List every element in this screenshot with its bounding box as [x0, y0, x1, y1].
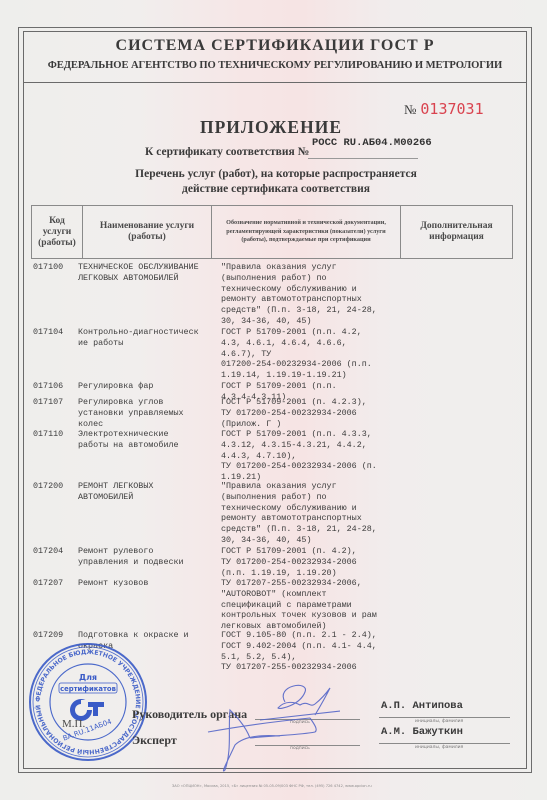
header-code: Код услуги (работы): [32, 206, 83, 259]
head-name-line: [379, 717, 510, 718]
certificate-number: РОСС RU.АБ04.М00266: [312, 137, 432, 149]
serial-number: №0137031: [404, 100, 484, 118]
row-doc: ТУ 017207-255-00232934-2006, "AUTOROBOT"…: [221, 578, 421, 632]
list-title: Перечень услуг (работ), на которые распр…: [100, 167, 452, 197]
row-code: 017104: [33, 327, 63, 338]
header-name: Наименование услуги (работы): [83, 206, 212, 259]
row-code: 017110: [33, 429, 63, 440]
appendix-title: ПРИЛОЖЕНИЕ: [200, 117, 342, 138]
certificate-underline: [308, 158, 418, 159]
services-table-header: Код услуги (работы) Наименование услуги …: [31, 205, 513, 259]
row-doc: ГОСТ Р 51709-2001 (п.п. 4.2, 4.3, 4.6.1,…: [221, 327, 421, 381]
head-signature-icon: [278, 685, 330, 715]
row-doc: "Правила оказания услуг (выполнения рабо…: [221, 262, 421, 327]
row-name: ТЕХНИЧЕСКОЕ ОБСЛУЖИВАНИЕ ЛЕГКОВЫХ АВТОМО…: [78, 262, 226, 284]
row-name: Ремонт кузовов: [78, 578, 226, 589]
serial-prefix: №: [404, 102, 416, 117]
head-name: А.П. Антипова: [381, 700, 463, 712]
row-doc: ГОСТ Р 51709-2001 (п. 4.2.3), ТУ 017200-…: [221, 397, 421, 429]
row-code: 017106: [33, 381, 63, 392]
stamp-center-subtext: сертификатов: [60, 685, 116, 693]
header-additional-info: Дополнительная информация: [401, 206, 513, 259]
row-code: 017100: [33, 262, 63, 273]
certificate-label: К сертификату соответствия №: [145, 146, 309, 158]
expert-name-caption: инициалы, фамилия: [415, 745, 463, 750]
row-doc: "Правила оказания услуг (выполнения рабо…: [221, 481, 421, 546]
row-code: 017204: [33, 546, 63, 557]
header-divider: [23, 82, 527, 83]
stamp-center-text: Для: [79, 673, 97, 682]
row-name: Регулировка фар: [78, 381, 226, 392]
row-code: 017207: [33, 578, 63, 589]
row-code: 017107: [33, 397, 63, 408]
expert-label: Эксперт: [132, 733, 177, 748]
row-name: Регулировка углов установки управляемых …: [78, 397, 226, 429]
system-title: СИСТЕМА СЕРТИФИКАЦИИ ГОСТ Р: [23, 37, 527, 55]
expert-signature-icon: [208, 710, 316, 771]
row-code: 017200: [33, 481, 63, 492]
row-doc: ГОСТ 9.105-80 (п.п. 2.1 - 2.4), ГОСТ 9.4…: [221, 630, 421, 673]
row-name: Контрольно-диагностическ ие работы: [78, 327, 226, 349]
row-doc: ГОСТ Р 51709-2001 (п. 4.2), ТУ 017200-25…: [221, 546, 421, 578]
expert-name: А.М. Бажуткин: [381, 726, 463, 738]
row-name: Ремонт рулевого управления и подвески: [78, 546, 226, 568]
handwritten-signatures: [190, 680, 340, 780]
header-documentation: Обозначение нормативной и технической до…: [212, 206, 401, 259]
list-title-line-2: действие сертификата соответствия: [100, 182, 452, 197]
expert-name-line: [379, 743, 510, 744]
serial-value: 0137031: [420, 100, 483, 118]
agency-name: ФЕДЕРАЛЬНОЕ АГЕНТСТВО ПО ТЕХНИЧЕСКОМУ РЕ…: [23, 60, 527, 71]
head-name-caption: инициалы, фамилия: [415, 719, 463, 724]
row-name: РЕМОНТ ЛЕГКОВЫХ АВТОМОБИЛЕЙ: [78, 481, 226, 503]
row-doc: ГОСТ Р 51709-2001 (п.п. 4.3.3, 4.3.12, 4…: [221, 429, 421, 483]
list-title-line-1: Перечень услуг (работ), на которые распр…: [100, 167, 452, 182]
row-name: Электротехнические работы на автомобиле: [78, 429, 226, 451]
printer-imprint: ЗАО «ОПЦИОН», Москва, 2015, «Б» лицензия…: [172, 784, 372, 788]
seal-place-label: М.П.: [62, 718, 85, 730]
